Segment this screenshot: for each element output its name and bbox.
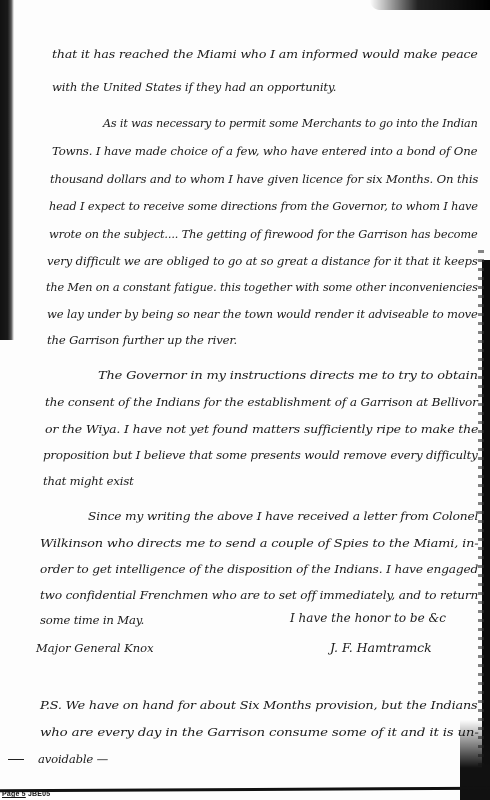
letter-line: thousand dollars and to whom I have give… — [50, 172, 478, 186]
letter-line: proposition but I believe that some pres… — [43, 448, 478, 462]
letter-line: Since my writing the above I have receiv… — [88, 509, 478, 523]
letter-line: some time in May. — [40, 613, 144, 627]
letter-body: that it has reached the Miami who I am i… — [0, 0, 490, 800]
page-number: Page 5 — [2, 791, 26, 798]
page-footer-label: Page 5 JBE05 — [2, 791, 50, 798]
letter-line: Wilkinson who directs me to send a coupl… — [40, 536, 478, 550]
postscript-line: who are every day in the Garrison consum… — [40, 725, 479, 739]
postscript-line: P.S. We have on hand for about Six Month… — [40, 698, 477, 712]
letter-line: the Men on a constant fatigue. this toge… — [46, 280, 478, 294]
letter-line: or the Wiya. I have not yet found matter… — [45, 422, 478, 436]
letter-line: the Garrison further up the river. — [47, 333, 237, 347]
leading-dash — [8, 759, 24, 760]
letter-line: that it has reached the Miami who I am i… — [52, 47, 478, 61]
postscript-line: avoidable — — [38, 752, 108, 766]
addressee: Major General Knox — [36, 641, 154, 655]
letter-line: very difficult we are obliged to go at s… — [47, 254, 478, 268]
letter-line: order to get intelligence of the disposi… — [40, 562, 478, 576]
letter-line: two confidential Frenchmen who are to se… — [40, 588, 478, 602]
letter-line: with the United States if they had an op… — [52, 80, 336, 94]
letter-line: head I expect to receive some directions… — [49, 199, 478, 213]
letter-line: Towns. I have made choice of a few, who … — [52, 144, 477, 158]
signature: J. F. Hamtramck — [330, 640, 432, 655]
manuscript-scan: that it has reached the Miami who I am i… — [0, 0, 490, 800]
collection-code: JBE05 — [28, 791, 50, 798]
letter-line: we lay under by being so near the town w… — [47, 307, 478, 321]
letter-line: the consent of the Indians for the estab… — [45, 395, 478, 409]
letter-line: The Governor in my instructions directs … — [98, 368, 478, 382]
letter-line: wrote on the subject.... The getting of … — [49, 227, 478, 241]
letter-line: As it was necessary to permit some Merch… — [103, 116, 478, 130]
complimentary-close: I have the honor to be &c — [290, 611, 446, 625]
letter-line: that might exist — [43, 474, 134, 488]
